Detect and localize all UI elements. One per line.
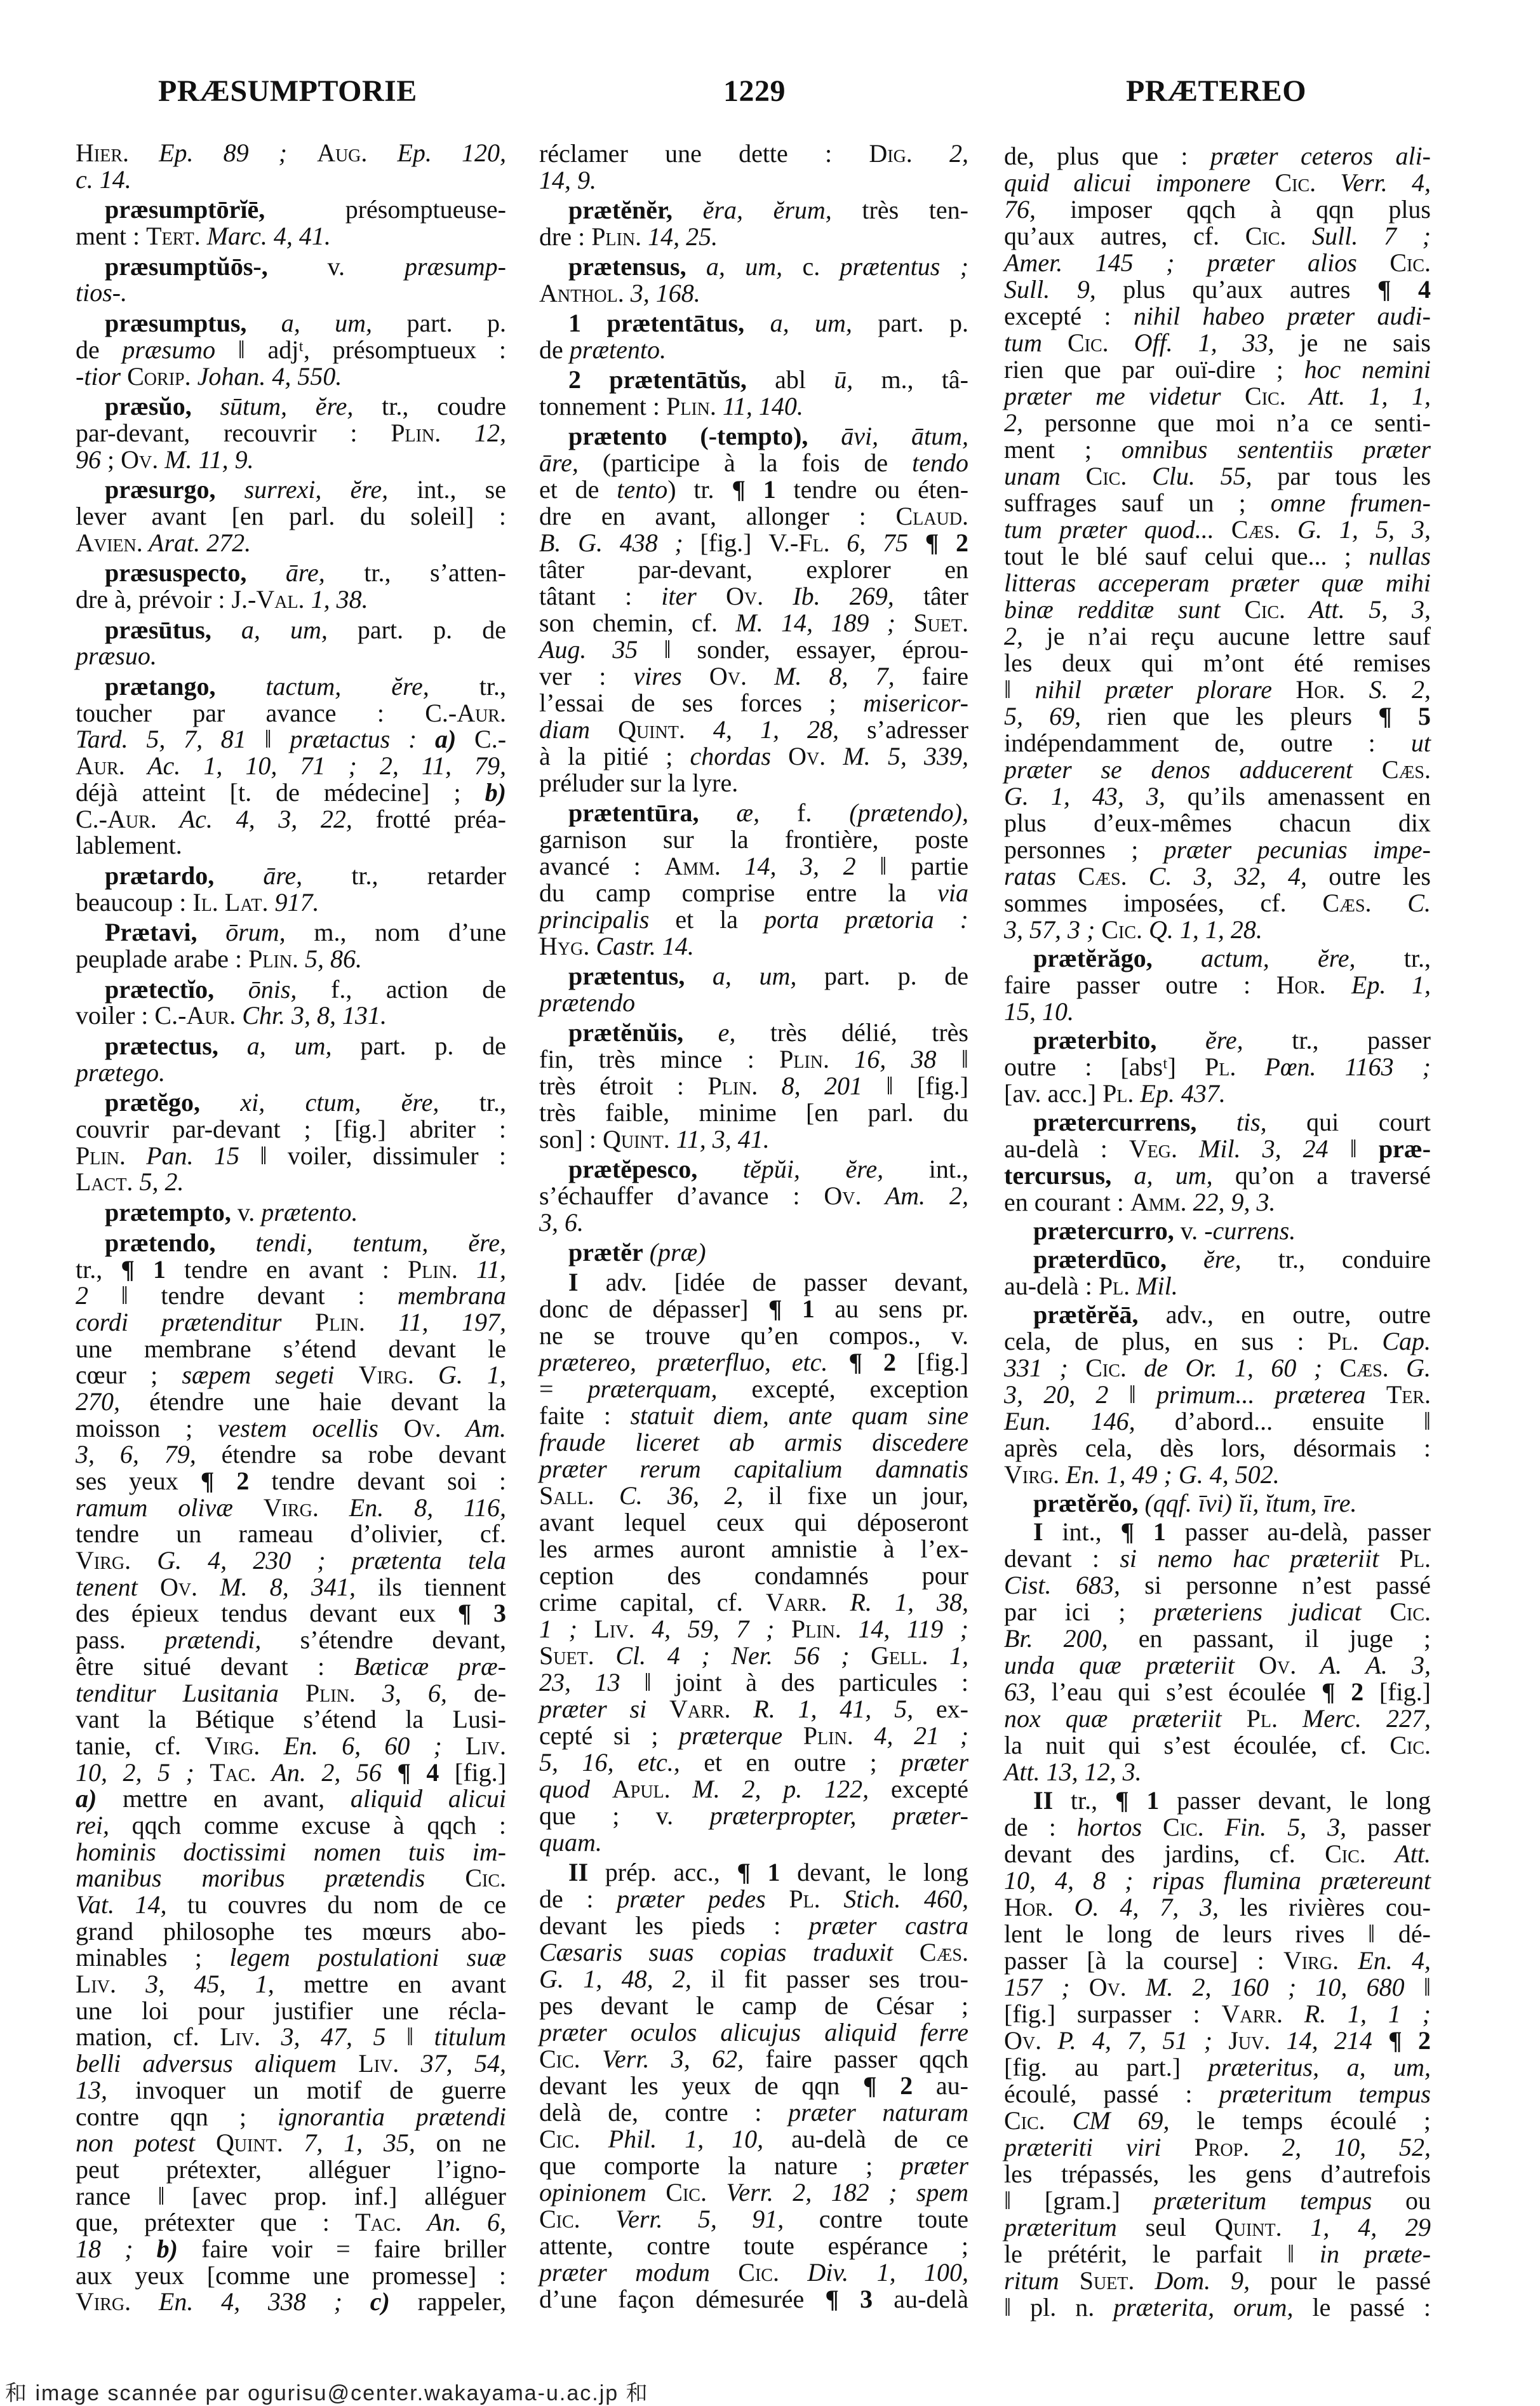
definition-text: des épieux tendus devant eux [76,1599,458,1627]
entry-first-line: prætĕgo, xi, ctum, ĕre, tr., [76,1089,506,1116]
text-line: que ; v. præterpropter, præter- [539,1803,968,1829]
author-abbreviation: Cic. [666,2178,707,2207]
author-abbreviation: Quint. [603,1125,670,1153]
definition-text [771,742,788,770]
definition-text: seul [1117,2213,1215,2241]
definition-text: ‖ [1405,1973,1431,2001]
text-line: Plin. Pan. 15 ‖ voiler, dissimuler : [76,1143,506,1169]
definition-text: au-delà : [1004,1272,1099,1300]
text-line: personnes ; præter pecunias impe- [1004,837,1431,863]
latin-citation: prætendo [539,988,635,1017]
latin-citation: 11, 197, [365,1308,506,1336]
latin-citation: An. 6, [402,2208,506,2236]
author-abbreviation: Ov. [1259,1651,1296,1679]
definition-text: tr., [439,1088,506,1117]
definition-text: au- [913,2071,968,2100]
latin-citation: æ, [699,798,760,827]
author-abbreviation: Tac. [355,2208,401,2236]
definition-text: tr., [429,672,506,701]
latin-citation: quod [539,1775,590,1803]
text-line: ‖ pl. n. præterita, orum, le passé : [1004,2294,1431,2321]
latin-citation: 13, [76,2076,107,2104]
latin-citation: Amer. 145 ; præter alios [1004,248,1357,277]
latin-citation: cordi prætenditur [76,1308,281,1336]
text-line: principalis et la porta prætoria : [539,906,968,933]
latin-citation: prætento. [261,1198,358,1227]
text-line: Hor. O. 4, 7, 3, les rivières cou- [1004,1894,1431,1921]
author-abbreviation: Hor. [1276,971,1326,999]
text-line: ment ; omnibus sententiis præter [1004,436,1431,463]
latin-citation: Cl. 4 ; Ner. 56 ; [594,1641,871,1670]
text-line: toucher par avance : C.-Aur. [76,700,506,727]
author-abbreviation: Ov. [1004,2026,1041,2055]
author-abbreviation: Pl. [1247,1704,1278,1733]
latin-citation: sūtum, ĕre, [192,392,354,420]
text-line: une loi pour justifier une récla- [76,1998,506,2024]
text-line: Hier. Ep. 89 ; Aug. Ep. 120, [76,140,506,166]
author-abbreviation: Ov. [726,582,763,610]
entry-first-line: prætendo, tendi, tentum, ĕre, [76,1230,506,1256]
definition-text: excepté, exception [718,1374,968,1403]
definition-text: [fig.] [896,1348,968,1376]
definition-text: v. [1174,1216,1204,1245]
text-line: Tard. 5, 7, 81 ‖ prætactus : a) C.- [76,726,506,753]
entry-first-line: prætectus, a, um, part. p. de [76,1033,506,1059]
text-line: mation, cf. Liv. 3, 47, 5 ‖ titulum [76,2024,506,2050]
author-abbreviation: Cic. [738,2258,779,2287]
latin-citation: præteritum tempus [1219,2080,1431,2108]
definition-text: faire voir = faire briller [178,2235,506,2263]
latin-citation: præteritum tempus [1153,2186,1372,2215]
headword: præsuspecto, [105,558,246,587]
author-abbreviation: Varr. [669,1695,730,1723]
definition-text: ‖ [fig.] [862,1072,968,1100]
text-line: C.-Aur. Ac. 4, 3, 22, frotté préa- [76,806,506,833]
definition-text: adv. [idée de passer devant, [579,1268,968,1296]
latin-citation: 14, 3, 2 [721,852,856,880]
author-abbreviation: Ter. [1386,1380,1431,1409]
headword: prætĕnŭis, [568,1018,683,1047]
definition-text: je n’ai reçu aucune lettre sauf [1023,622,1431,650]
latin-citation: 3, 47, 5 [260,2022,385,2051]
author-abbreviation: Gell. [871,1641,928,1670]
latin-citation: præter ceteros ali- [1210,142,1431,170]
definition-text: dre à, prévoir : [76,585,231,614]
section-marker: ¶ 1 [737,1858,780,1886]
entry-first-line: I adv. [idée de passer devant, [539,1269,968,1296]
definition-text: à la pitié ; [539,742,690,770]
text-line: et de tento) tr. ¶ 1 tendre ou éten- [539,476,968,503]
latin-citation: A. A. 3, [1296,1651,1431,1679]
latin-citation: 270, [76,1387,120,1416]
definition-text: pour le passé [1250,2266,1431,2295]
author-abbreviation: Plin. [791,1615,841,1643]
definition-text: ; [101,445,121,474]
section-marker: ¶ 2 [848,1348,896,1376]
author-abbreviation: Pl. [789,1885,820,1913]
latin-citation: 3, 57, 3 ; [1004,915,1101,944]
definition-text: ‖ voiler, dissimuler : [239,1141,506,1170]
text-line: qu’aux autres, cf. Cic. Sull. 7 ; [1004,223,1431,250]
latin-citation: Tard. 5, 7, 81 [76,725,246,753]
definition-text: on ne [415,2128,506,2157]
headword: prætĕr [568,1238,643,1267]
author-abbreviation: Cæs. [1340,1354,1389,1382]
definition-text: très faible, minime [en parl. du [539,1098,968,1127]
text-line: de : præter pedes Pl. Stich. 460, [539,1886,968,1912]
headword: præsumptōrĭē, [105,195,265,224]
author-abbreviation: Cæs. [1231,515,1280,544]
latin-citation: tendo [912,448,968,477]
latin-citation: binæ redditæ sunt [1004,595,1221,624]
author-abbreviation: Claud. [896,502,968,530]
text-line: Ov. P. 4, 7, 51 ; Juv. 14, 214 ¶ 2 [1004,2027,1431,2054]
text-line: tout le blé sauf celui que... ; nullas [1004,543,1431,570]
text-line: le prétérit, le parfait ‖ in præte- [1004,2241,1431,2268]
definition-text: ‖ [gram.] [1004,2186,1153,2215]
text-line: voiler : C.-Aur. Chr. 3, 8, 131. [76,1002,506,1029]
section-marker: I [568,1268,579,1296]
definition-text: lever avant [en parl. du soleil] : [76,502,506,530]
text-line: excepté : nihil habeo præter audi- [1004,303,1431,330]
latin-citation: Ib. 269, [763,582,894,610]
latin-citation: 22, 9, 3. [1187,1188,1276,1216]
definition-text: devant, le long [780,1858,968,1886]
definition-text: les trépassés, les gens d’autrefois [1004,2160,1431,2188]
text-line: præter se denos adducerent Cæs. [1004,756,1431,783]
definition-text: lablement. [76,831,182,859]
text-line: au-delà : Veg. Mil. 3, 24 ‖ præ- [1004,1136,1431,1162]
text-line: præter rerum capitalium damnatis [539,1456,968,1482]
latin-citation: M. 8, 7, [747,662,895,690]
author-abbreviation: Dig. [869,139,912,168]
latin-citation: ritum [1004,2266,1059,2295]
text-line: 96 ; Ov. M. 11, 9. [76,447,506,473]
latin-citation: Chr. 3, 8, 131. [236,1001,387,1030]
section-marker: ¶ 4 [1377,275,1431,304]
entry-first-line: præsumptus, a, um, part. p. [76,310,506,337]
author-abbreviation: Virg. [204,1731,260,1760]
latin-citation: ratas [1004,862,1056,890]
text-line: dre à, prévoir : J.-Val. 1, 38. [76,586,506,613]
latin-citation: Sull. 7 ; [1286,222,1431,250]
text-line: devant les yeux de qqn ¶ 2 au- [539,2073,968,2099]
definition-text: [fig.] [439,1758,506,1787]
text-line: peut prétexter, alléguer l’igno- [76,2156,506,2183]
definition-text: part. p. de [328,615,506,644]
latin-citation: āre, [539,448,579,477]
text-line: Cic. Verr. 3, 62, faire passer qqch [539,2046,968,2073]
entry-first-line: I int., ¶ 1 passer au-delà, passer [1004,1519,1431,1545]
latin-citation: 96 [76,445,101,474]
author-abbreviation: Aur. [76,751,125,780]
definition-text: par-devant, recouvrir : [76,419,391,447]
latin-citation: -currens. [1204,1216,1296,1245]
author-abbreviation: Pl. [1099,1272,1130,1300]
author-abbreviation: Plin. [391,419,441,447]
section-marker: ¶ 1 [1115,1786,1159,1815]
text-line: des épieux tendus devant eux ¶ 3 [76,1600,506,1627]
text-line: réclamer une dette : Dig. 2, [539,140,968,167]
text-line: G. 1, 48, 2, il fit passer ses trou- [539,1966,968,1993]
entry-first-line: præsūtus, a, um, part. p. de [76,617,506,643]
definition-text: ‖ [1329,1134,1379,1163]
text-line: devant des jardins, cf. Cic. Att. [1004,1841,1431,1867]
definition-text: de : [539,1885,617,1913]
latin-citation: via [937,878,968,907]
headword: prætendo, [105,1228,215,1257]
text-line: rance ‖ [avec prop. inf.] alléguer [76,2183,506,2210]
author-abbreviation: Plin. [408,1255,458,1284]
latin-citation: 10, 4, 8 ; ripas flumina prætereunt [1004,1866,1431,1895]
definition-text [646,2178,666,2207]
definition-text [1162,2133,1195,2161]
latin-citation: xi, ctum, ĕre, [200,1088,439,1117]
definition-text: v. [231,1198,261,1227]
text-line: Cic. Phil. 1, 10, au-delà de ce [539,2126,968,2153]
definition-text: que, prétexter que : [76,2208,355,2236]
latin-citation: Mil. [1130,1272,1178,1300]
text-line: āre, (participe à la fois de tendo [539,450,968,476]
author-abbreviation: Virg. [1004,1460,1059,1489]
text-line: 5, 69, rien que les pleurs ¶ 5 [1004,703,1431,730]
text-line: tâtant : iter Ov. Ib. 269, tâter [539,583,968,610]
definition-text: ‖ joint à des particules : [620,1668,968,1697]
text-line: suffrages sauf un ; omne frumen- [1004,490,1431,516]
latin-citation: titulum [434,2022,506,2051]
definition-text: dre en avant, allonger : [539,502,896,530]
latin-citation: præter naturam [788,2098,968,2127]
text-line: 3, 57, 3 ; Cic. Q. 1, 1, 28. [1004,917,1431,943]
latin-citation: fraude liceret ab armis discedere [539,1428,968,1456]
subsection-letter: c) [370,2287,390,2316]
definition-text: au-delà [873,2285,968,2313]
text-line: hominis doctissimi nomen tuis im- [76,1839,506,1865]
section-marker: ¶ 2 [925,528,968,557]
latin-citation: præterpropter, præter- [710,1801,968,1830]
definition-text: l’eau qui s’est écoulée [1036,1677,1322,1706]
entry-first-line: præsurgo, surrexi, ĕre, int., se [76,476,506,503]
latin-citation: 4, 59, 7 ; [635,1615,791,1643]
latin-citation: 14, 25. [641,222,718,251]
author-abbreviation: Plin. [248,944,298,973]
text-line: de : hortos Cic. Fin. 5, 3, passer [1004,1814,1431,1841]
latin-citation: præter pedes [617,1885,765,1913]
latin-citation: præterquam, [587,1374,717,1403]
latin-citation: præter pecunias impe- [1164,835,1431,864]
latin-citation: Fin. 5, 3, [1204,1813,1346,1841]
latin-citation: porta prætoria : [764,905,968,934]
author-abbreviation: Sall. [539,1481,594,1510]
latin-citation: C. [1372,889,1431,917]
latin-citation: hortos [1077,1813,1142,1841]
definition-text: pes devant le camp de César ; [539,1991,968,2020]
entry-first-line: præterbito, ĕre, tr., passer [1004,1027,1431,1054]
text-line: donc de dépasser] ¶ 1 au sens pr. [539,1296,968,1322]
headword: prætĕrĕā, [1033,1300,1138,1329]
text-line: de, plus que : præter ceteros ali- [1004,143,1431,170]
latin-citation: Q. 1, 1, 28. [1142,915,1262,944]
text-line: lablement. [76,832,506,859]
latin-citation: tento [617,475,667,504]
definition-text: c. [782,252,840,281]
latin-citation: Aug. 35 [539,635,638,664]
author-abbreviation: Ov. [788,742,826,770]
text-line: lent le long de leurs rives ‖ dé- [1004,1921,1431,1947]
definition-text [1235,1651,1259,1679]
definition-text: en courant : [1004,1188,1130,1216]
definition-text: faire [895,662,968,690]
text-line: cœur ; sæpem segeti Virg. G. 1, [76,1362,506,1388]
definition-text: très délié, très [735,1018,968,1047]
definition-text: tr., retarder [302,861,506,890]
author-abbreviation: Cic. [1325,1839,1366,1868]
definition-text: int., se [388,475,506,504]
author-abbreviation: Veg. [1129,1134,1177,1163]
definition-text: minables ; [76,1943,229,1972]
headword: tercursus, [1004,1161,1111,1190]
definition-text: devant les yeux de qqn [539,2071,863,2100]
definition-text: qu’on a traversé [1213,1161,1431,1190]
text-line: unam Cic. Clu. 55, par tous les [1004,463,1431,490]
text-line: indépendamment de, outre : ut [1004,730,1431,756]
text-line: grand philosophe tes mœurs abo- [76,1918,506,1945]
author-abbreviation: C.-Aur. [154,1001,236,1030]
text-line: que comporte la nature ; præter [539,2153,968,2179]
definition-text: delà de, contre : [539,2098,788,2127]
definition-text: int., [883,1155,968,1183]
latin-citation: O. 4, 7, 3, [1054,1893,1219,1921]
text-line: Cist. 683, si personne n’est passé [1004,1572,1431,1599]
text-line: préluder sur la lyre. [539,770,968,796]
definition-text: f., action de [297,975,506,1004]
latin-citation: G. 4, 230 ; prætenta tela [131,1546,506,1575]
definition-text: ‖ partie [856,852,968,880]
author-abbreviation: Ov. [404,1414,441,1442]
author-abbreviation: Pl. [1400,1544,1431,1573]
latin-citation: 14, 119 ; [841,1615,968,1643]
author-abbreviation: Ov. [121,445,158,474]
latin-citation: Pan. 15 [126,1141,239,1170]
latin-citation: 1 ; [539,1615,594,1643]
text-line: cepté si ; præterque Plin. 4, 21 ; [539,1723,968,1749]
text-line: quid alicui imponere Cic. Verr. 4, [1004,170,1431,196]
latin-citation: Phil. 1, 10, [580,2125,764,2153]
definition-text: tr., s’atten- [325,558,506,587]
headword: prætempto, [105,1198,231,1227]
text-line: 2, je n’ai reçu aucune lettre sauf [1004,623,1431,650]
latin-citation: tĕpŭi, ĕre, [697,1155,883,1183]
section-marker: ¶ 2 [1322,1677,1363,1706]
latin-citation: Att. 1, 1, [1286,382,1431,410]
definition-text: par tous les [1252,462,1431,490]
text-line: 18 ; b) faire voir = faire briller [76,2236,506,2262]
definition-text: il fixe un jour, [743,1481,968,1510]
author-abbreviation: Liv. [594,1615,635,1643]
definition-text: ver : [539,662,633,690]
definition-text: abl [747,365,834,394]
latin-citation: vestem ocellis [218,1414,378,1442]
headword: præsumptŭōs-, [105,252,268,281]
definition-text: rappeler, [390,2287,506,2316]
definition-text [1272,675,1296,704]
headword: præsumptus, [105,309,246,337]
author-abbreviation: Cic. [1389,1597,1431,1626]
latin-citation: Off. 1, 33, [1109,328,1275,357]
definition-text: [fig.] [1363,1677,1431,1706]
definition-text: devant les pieds : [539,1911,809,1940]
latin-citation: ōrum, [198,918,286,946]
latin-citation: omnibus sententiis præter [1122,435,1431,464]
text-line: præter me videtur Cic. Att. 1, 1, [1004,383,1431,410]
definition-text: toucher par avance : [76,699,425,727]
definition-text: tâter [894,582,968,610]
section-marker: ¶ 3 [458,1599,506,1627]
latin-citation: vires [633,662,681,690]
definition-text: l’essai de ses forces ; [539,689,863,717]
definition-text [827,1348,848,1376]
definition-text: une membrane s’étend devant le [76,1334,506,1363]
text-line: s’échauffer d’avance : Ov. Am. 2, [539,1183,968,1209]
text-line: les armes auront amnistie à l’ex- [539,1536,968,1563]
text-line: plus d’eux-mêmes chacun dix [1004,810,1431,837]
text-line: ver : vires Ov. M. 8, 7, faire [539,663,968,690]
subsection-letter: a) [76,1784,97,1813]
author-abbreviation: Il. Lat. [192,888,268,917]
latin-citation: præteriti viri [1004,2133,1162,2161]
author-abbreviation: V.-Fl. [768,528,829,557]
headword: præsūtus, [105,615,211,644]
text-line: Lact. 5, 2. [76,1169,506,1195]
text-line: après cela, dès lors, désormais : [1004,1435,1431,1462]
latin-citation: ĕre, [1167,1245,1242,1274]
definition-text: tr., [1053,1786,1115,1815]
text-line: [av. acc.] Pl. Ep. 437. [1004,1080,1431,1107]
text-line: Eun. 146, d’abord... ensuite ‖ [1004,1408,1431,1435]
latin-citation: sæpem segeti [182,1361,334,1389]
latin-citation: 14, 9. [539,166,596,194]
definition-text: tâtant : [539,582,661,610]
definition-text: plus qu’aux autres [1096,275,1377,304]
definition-text: ception des condamnés pour [539,1561,968,1590]
text-line: 1 ; Liv. 4, 59, 7 ; Plin. 14, 119 ; [539,1616,968,1643]
latin-citation: M. 2, 160 ; 10, 680 [1127,1973,1405,2001]
author-abbreviation: Tert. [146,222,201,250]
latin-citation: tum præter quod... [1004,515,1214,544]
headword: præterbito, [1033,1026,1156,1054]
latin-citation: Verr. 3, 62, [580,2045,744,2073]
subsection-letter: b) [485,778,506,807]
text-line: 13, invoquer un motif de guerre [76,2077,506,2104]
headword: 2 prætentātŭs, [568,365,747,394]
text-line: 63, l’eau qui s’est écoulée ¶ 2 [fig.] [1004,1679,1431,1705]
latin-citation: 11, 3, 41. [670,1125,770,1153]
definition-text: ‖ pl. n. [1004,2293,1113,2322]
author-abbreviation: Liv. [465,1731,506,1760]
latin-citation: Marc. 4, 41. [201,222,331,250]
definition-text: passer devant, le long [1159,1786,1431,1815]
dictionary-column-2: réclamer une dette : Dig. 2,14, 9.prætĕn… [539,140,968,2313]
definition-text: ex- [913,1695,968,1723]
section-marker: ¶ 2 [863,2071,913,2100]
latin-citation: 16, 38 [829,1045,937,1073]
latin-citation: quam. [539,1828,602,1857]
headword: præterdūco, [1033,1245,1167,1274]
latin-citation: a, um, [218,1032,332,1060]
headword: prætango, [105,672,215,701]
latin-citation: 1, 38. [305,585,368,614]
author-abbreviation: Corip. [127,362,191,391]
